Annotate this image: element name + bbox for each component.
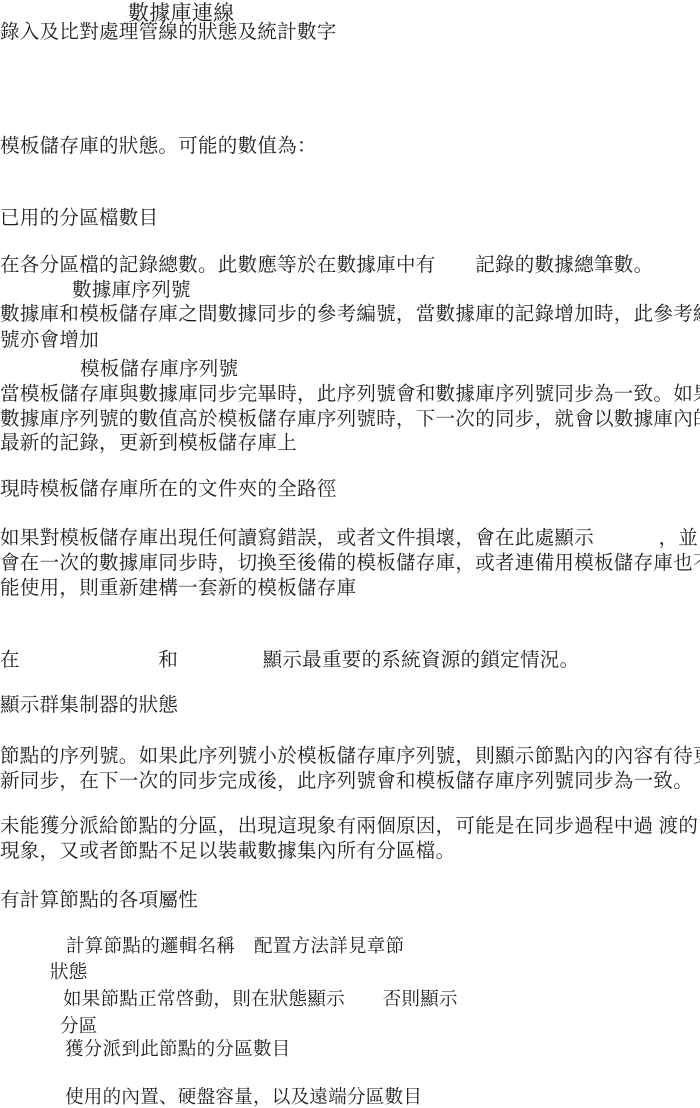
doc-line-partition-count: 已用的分區檔數目 bbox=[0, 208, 158, 230]
doc-line-sync-desc-1: 當模板儲存庫與數據庫同步完畢時，此序列號會和數據庫序列號同步為一致。如果 bbox=[0, 384, 700, 406]
doc-line-subtitle: 錄入及比對處理管線的狀態及統計數字 bbox=[0, 22, 337, 44]
doc-line-db-serial-desc-1: 數據庫和模板儲存庫之間數據同步的參考編號，當數據庫的記錄增加時，此參考編 bbox=[0, 304, 700, 326]
doc-line-sync-desc-3: 最新的記錄，更新到模板儲存庫上 bbox=[0, 433, 297, 455]
doc-line-record-total: 在各分區檔的記錄總數。此數應等於在數據庫中有 記錄的數據總筆數。 bbox=[0, 255, 653, 277]
doc-line-cluster-status: 顯示群集制器的狀態 bbox=[0, 695, 178, 717]
doc-line-db-serial-desc-2: 號亦會增加 bbox=[0, 330, 99, 352]
doc-line-node-serial-2: 新同步，在下一次的同步完成後，此序列號會和模板儲存庫序列號同步為一致。 bbox=[0, 771, 693, 793]
doc-line-capacity-desc: 使用的內置、硬盤容量，以及遠端分區數目 bbox=[65, 1088, 422, 1108]
doc-line-repo-path: 現時模板儲存庫所在的文件夾的全路徑 bbox=[0, 479, 337, 501]
doc-line-node-properties: 有計算節點的各項屬性 bbox=[0, 890, 198, 912]
doc-term-partition: 分區 bbox=[60, 1017, 98, 1038]
doc-line-repo-status: 模板儲存庫的狀態。可能的數值為： bbox=[0, 136, 317, 158]
doc-line-rw-error-3: 能使用，則重新建構一套新的模板儲存庫 bbox=[0, 578, 356, 600]
doc-term-template-repo-serial: 模板儲存庫序列號 bbox=[80, 359, 238, 381]
doc-line-node-logical-name: 計算節點的邏輯名稱 配置方法詳見章節 bbox=[66, 937, 404, 958]
doc-line-status-desc: 如果節點正常啓動，則在狀態顯示 否則顯示 bbox=[63, 990, 458, 1011]
doc-term-status: 狀態 bbox=[50, 963, 88, 984]
doc-line-resource-locks: 在 和 顯示最重要的系統資源的鎖定情況。 bbox=[0, 650, 579, 672]
document-page: 數據庫連線 錄入及比對處理管線的狀態及統計數字 模板儲存庫的狀態。可能的數值為：… bbox=[0, 0, 700, 1108]
doc-line-sync-desc-2: 數據庫序列號的數值高於模板儲存庫序列號時，下一次的同步，就會以數據庫內的 bbox=[0, 409, 700, 431]
doc-line-rw-error-2: 會在一次的數據庫同步時，切換至後備的模板儲存庫，或者連備用模板儲存庫也不 bbox=[0, 553, 700, 575]
doc-line-unassigned-1: 未能獲分派給節點的分區，出現這現象有兩個原因，可能是在同步過程中過 渡的 bbox=[0, 816, 698, 838]
doc-line-rw-error-1: 如果對模板儲存庫出現任何讀寫錯誤，或者文件損壞，會在此處顯示 ，並 bbox=[0, 528, 698, 550]
doc-line-partition-desc: 獲分派到此節點的分區數目 bbox=[65, 1040, 291, 1061]
doc-term-db-serial: 數據庫序列號 bbox=[72, 280, 191, 302]
doc-line-unassigned-2: 現象，又或者節點不足以裝載數據集內所有分區檔。 bbox=[0, 841, 455, 863]
doc-line-node-serial-1: 節點的序列號。如果此序列號小於模板儲存庫序列號，則顯示節點內的內容有待更 bbox=[0, 746, 700, 768]
